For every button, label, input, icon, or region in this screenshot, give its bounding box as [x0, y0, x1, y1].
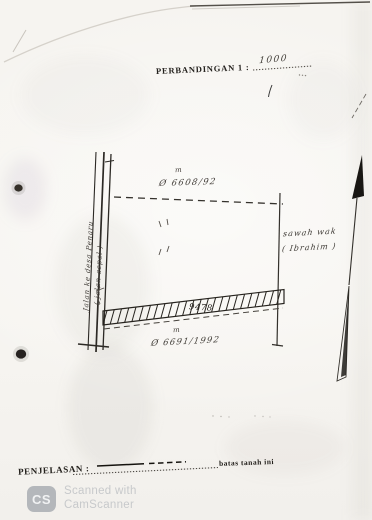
legend-symbol [73, 462, 218, 475]
right-boundary-line [272, 193, 283, 346]
scanned-land-sketch-page: PERBANDINGAN 1 : 1000 m Ø 6608/92 Jalan … [0, 0, 372, 520]
parcel-number-label: 9478 [189, 302, 213, 314]
north-arrow [337, 155, 364, 381]
stray-pen-marks [96, 85, 366, 304]
punch-hole [12, 181, 30, 362]
camscanner-logo-icon: CS [27, 486, 56, 512]
top-boundary-doc-number: Ø 6608/92 [158, 177, 217, 189]
bottom-boundary-note: m [173, 326, 180, 334]
scale-dotted-leader [253, 66, 312, 70]
top-boundary-dashed-line [114, 197, 283, 204]
top-boundary-note: m [175, 166, 182, 174]
sketch-linework [0, 0, 372, 520]
paper-edge-curve [4, 2, 370, 62]
watermark-text-line2: CamScanner [64, 499, 134, 511]
watermark-text-line1: Scanned with [64, 485, 137, 497]
legend-symbol-meaning: batas tanah ini [219, 457, 274, 468]
